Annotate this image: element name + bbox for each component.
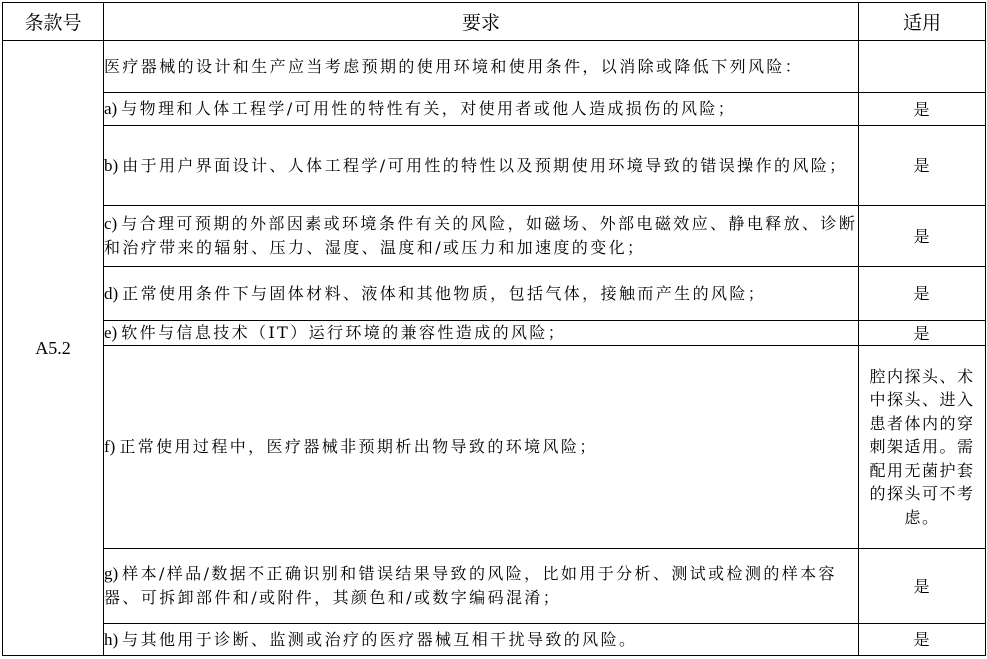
intro-text: 医疗器械的设计和生产应当考虑预期的使用环境和使用条件，以消除或降低下列风险： bbox=[104, 41, 859, 93]
requirement-cell: e)软件与信息技术（IT）运行环境的兼容性造成的风险； bbox=[104, 321, 859, 346]
requirement-cell: g)样本/样品/数据不正确识别和错误结果导致的风险，比如用于分析、测试或检测的样… bbox=[104, 549, 859, 624]
applicable-cell: 是 bbox=[859, 126, 986, 206]
intro-applicable bbox=[859, 41, 986, 93]
table-row: c)与合理可预期的外部因素或环境条件有关的风险，如磁场、外部电磁效应、静电释放、… bbox=[3, 206, 986, 267]
requirement-cell: d)正常使用条件下与固体材料、液体和其他物质，包括气体，接触而产生的风险； bbox=[104, 267, 859, 321]
header-requirement: 要求 bbox=[104, 3, 859, 41]
applicable-cell: 是 bbox=[859, 549, 986, 624]
requirement-cell: f)正常使用过程中，医疗器械非预期析出物导致的环境风险； bbox=[104, 346, 859, 549]
requirement-cell: a)与物理和人体工程学/可用性的特性有关，对使用者或他人造成损伤的风险； bbox=[104, 93, 859, 126]
requirement-cell: b)由于用户界面设计、人体工程学/可用性的特性以及预期使用环境导致的错误操作的风… bbox=[104, 126, 859, 206]
table-row: a)与物理和人体工程学/可用性的特性有关，对使用者或他人造成损伤的风险； 是 bbox=[3, 93, 986, 126]
header-row: 条款号 要求 适用 bbox=[3, 3, 986, 41]
clause-id: A5.2 bbox=[3, 41, 104, 656]
table-row: d)正常使用条件下与固体材料、液体和其他物质，包括气体，接触而产生的风险； 是 bbox=[3, 267, 986, 321]
header-clause: 条款号 bbox=[3, 3, 104, 41]
table-row: h)与其他用于诊断、监测或治疗的医疗器械互相干扰导致的风险。 是 bbox=[3, 624, 986, 656]
applicable-cell: 是 bbox=[859, 321, 986, 346]
applicable-cell: 是 bbox=[859, 206, 986, 267]
applicable-cell: 是 bbox=[859, 267, 986, 321]
requirements-table: 条款号 要求 适用 A5.2 医疗器械的设计和生产应当考虑预期的使用环境和使用条… bbox=[2, 2, 986, 656]
table-row: b)由于用户界面设计、人体工程学/可用性的特性以及预期使用环境导致的错误操作的风… bbox=[3, 126, 986, 206]
table-row: g)样本/样品/数据不正确识别和错误结果导致的风险，比如用于分析、测试或检测的样… bbox=[3, 549, 986, 624]
intro-row: A5.2 医疗器械的设计和生产应当考虑预期的使用环境和使用条件，以消除或降低下列… bbox=[3, 41, 986, 93]
header-applicable: 适用 bbox=[859, 3, 986, 41]
table-row: e)软件与信息技术（IT）运行环境的兼容性造成的风险； 是 bbox=[3, 321, 986, 346]
table-row: f)正常使用过程中，医疗器械非预期析出物导致的环境风险； 腔内探头、术中探头、进… bbox=[3, 346, 986, 549]
applicable-cell: 是 bbox=[859, 93, 986, 126]
applicable-note-cell: 腔内探头、术中探头、进入患者体内的穿刺架适用。需配用无菌护套的探头可不考虑。 bbox=[859, 346, 986, 549]
requirement-cell: h)与其他用于诊断、监测或治疗的医疗器械互相干扰导致的风险。 bbox=[104, 624, 859, 656]
requirement-cell: c)与合理可预期的外部因素或环境条件有关的风险，如磁场、外部电磁效应、静电释放、… bbox=[104, 206, 859, 267]
applicable-cell: 是 bbox=[859, 624, 986, 656]
